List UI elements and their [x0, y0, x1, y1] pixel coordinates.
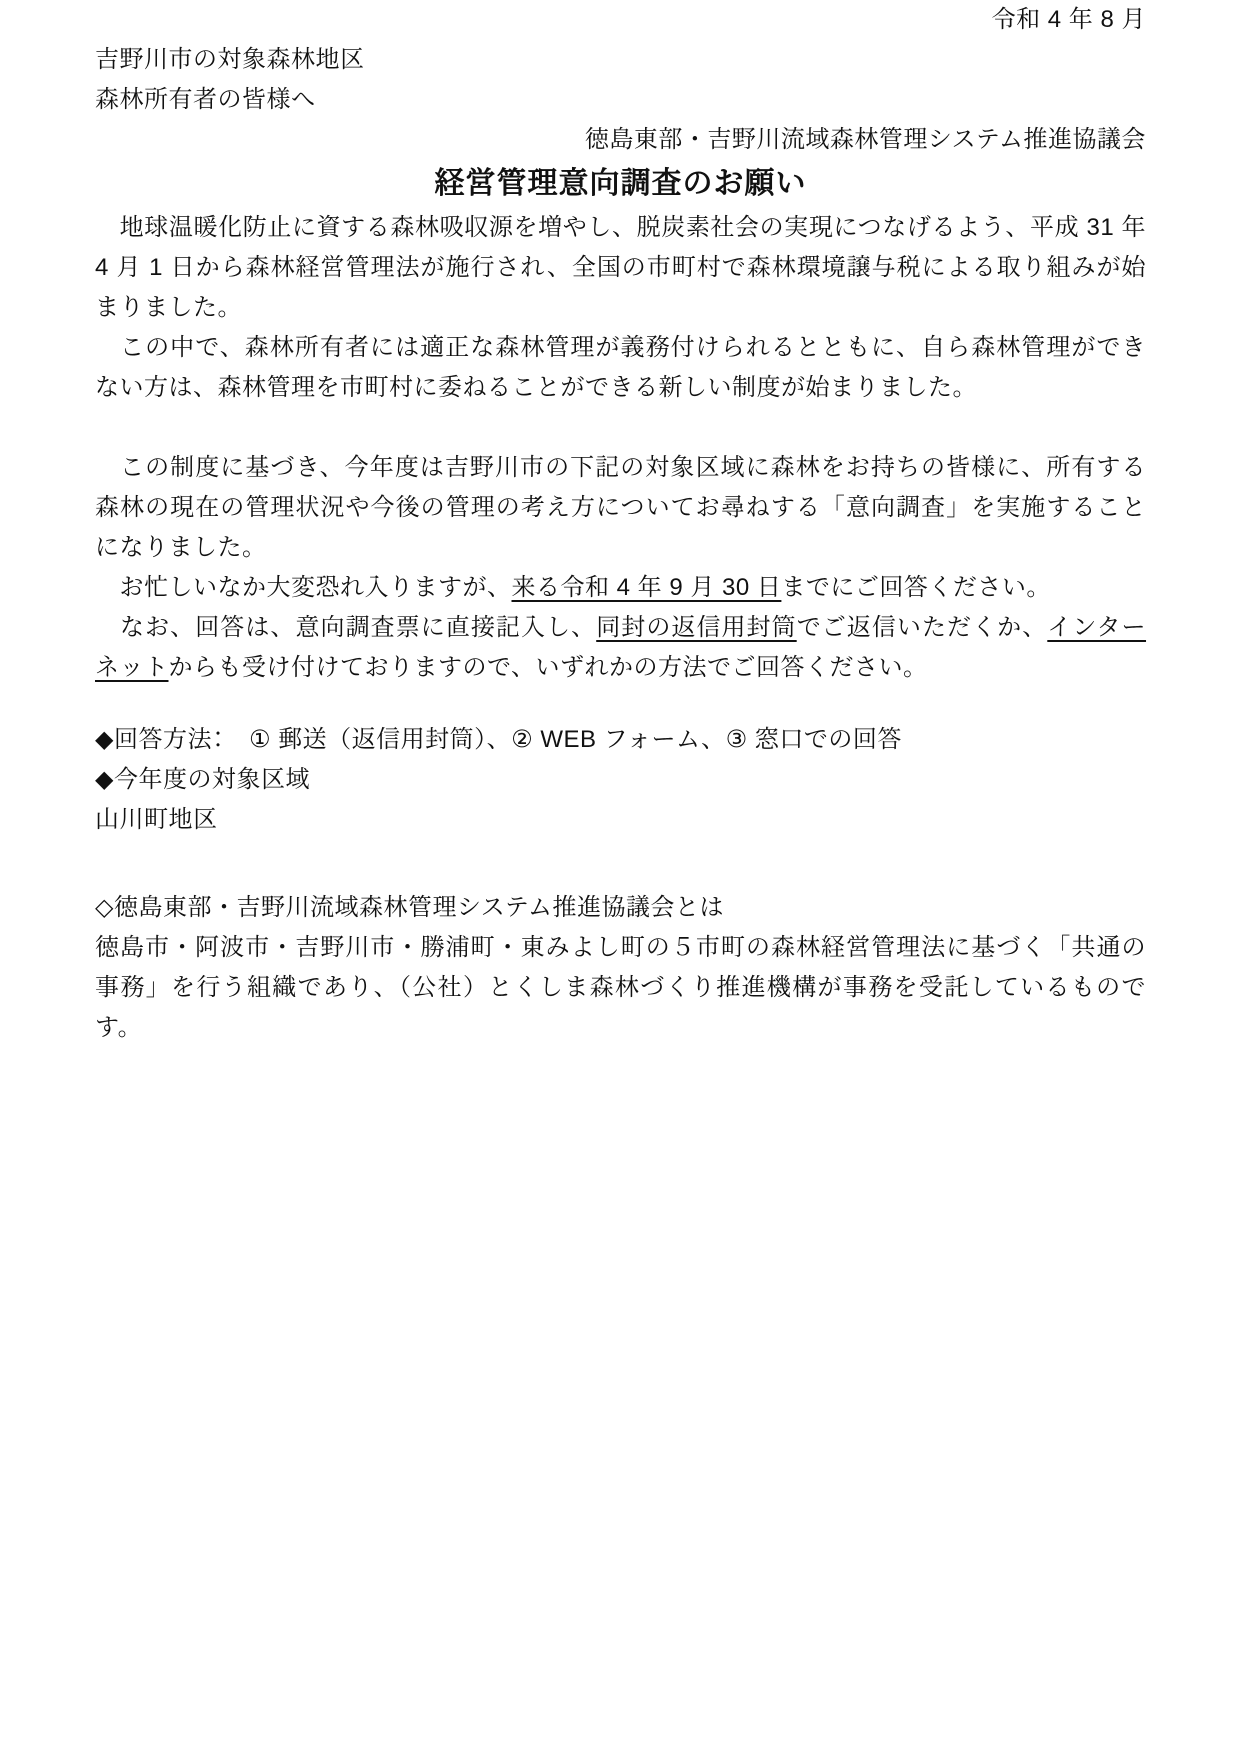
addressee-line-1: 吉野川市の対象森林地区 [95, 40, 1146, 80]
paragraph-deadline: お忙しいなか大変恐れ入りますが、来る令和 4 年 9 月 30 日までにご回答く… [95, 568, 1146, 608]
document-page: 令和 4 年 8 月 吉野川市の対象森林地区 森林所有者の皆様へ 徳島東部・吉野… [0, 0, 1241, 1755]
document-title: 経営管理意向調査のお願い [95, 160, 1146, 208]
text-run: なお、回答は、意向調査票に直接記入し、 [95, 614, 596, 641]
deadline-underlined-text: 来る令和 4 年 9 月 30 日 [512, 574, 782, 601]
paragraph-background: 地球温暖化防止に資する森林吸収源を増やし、脱炭素社会の実現につなげるよう、平成 … [95, 208, 1146, 328]
blank-line [95, 408, 1146, 448]
footer-heading: ◇徳島東部・吉野川流域森林管理システム推進協議会とは [95, 888, 1146, 928]
target-area-value: 山川町地区 [95, 800, 1146, 840]
paragraph-reply-methods: なお、回答は、意向調査票に直接記入し、同封の返信用封筒でご返信いただくか、インタ… [95, 608, 1146, 688]
blank-line [95, 840, 1146, 888]
text-run: お忙しいなか大変恐れ入りますが、 [95, 574, 512, 601]
bullet-target-area-label: ◆今年度の対象区域 [95, 760, 1146, 800]
bullet-response-methods: ◆回答方法： ① 郵送（返信用封筒）、② WEB フォーム、③ 窓口での回答 [95, 720, 1146, 760]
text-run: でご返信いただくか、 [797, 614, 1048, 641]
sender-organization: 徳島東部・吉野川流域森林管理システム推進協議会 [95, 120, 1146, 160]
envelope-underlined-text: 同封の返信用封筒 [596, 614, 796, 641]
addressee-line-2: 森林所有者の皆様へ [95, 80, 1146, 120]
document-date: 令和 4 年 8 月 [95, 0, 1146, 40]
paragraph-new-system: この中で、森林所有者には適正な森林管理が義務付けられるとともに、自ら森林管理がで… [95, 328, 1146, 408]
paragraph-survey-announcement: この制度に基づき、今年度は吉野川市の下記の対象区域に森林をお持ちの皆様に、所有す… [95, 448, 1146, 568]
blank-line [95, 688, 1146, 720]
footer-description: 徳島市・阿波市・吉野川市・勝浦町・東みよし町の５市町の森林経営管理法に基づく「共… [95, 928, 1146, 1048]
text-run: からも受け付けておりますので、いずれかの方法でご回答ください。 [169, 654, 928, 681]
text-run: までにご回答ください。 [781, 574, 1051, 601]
